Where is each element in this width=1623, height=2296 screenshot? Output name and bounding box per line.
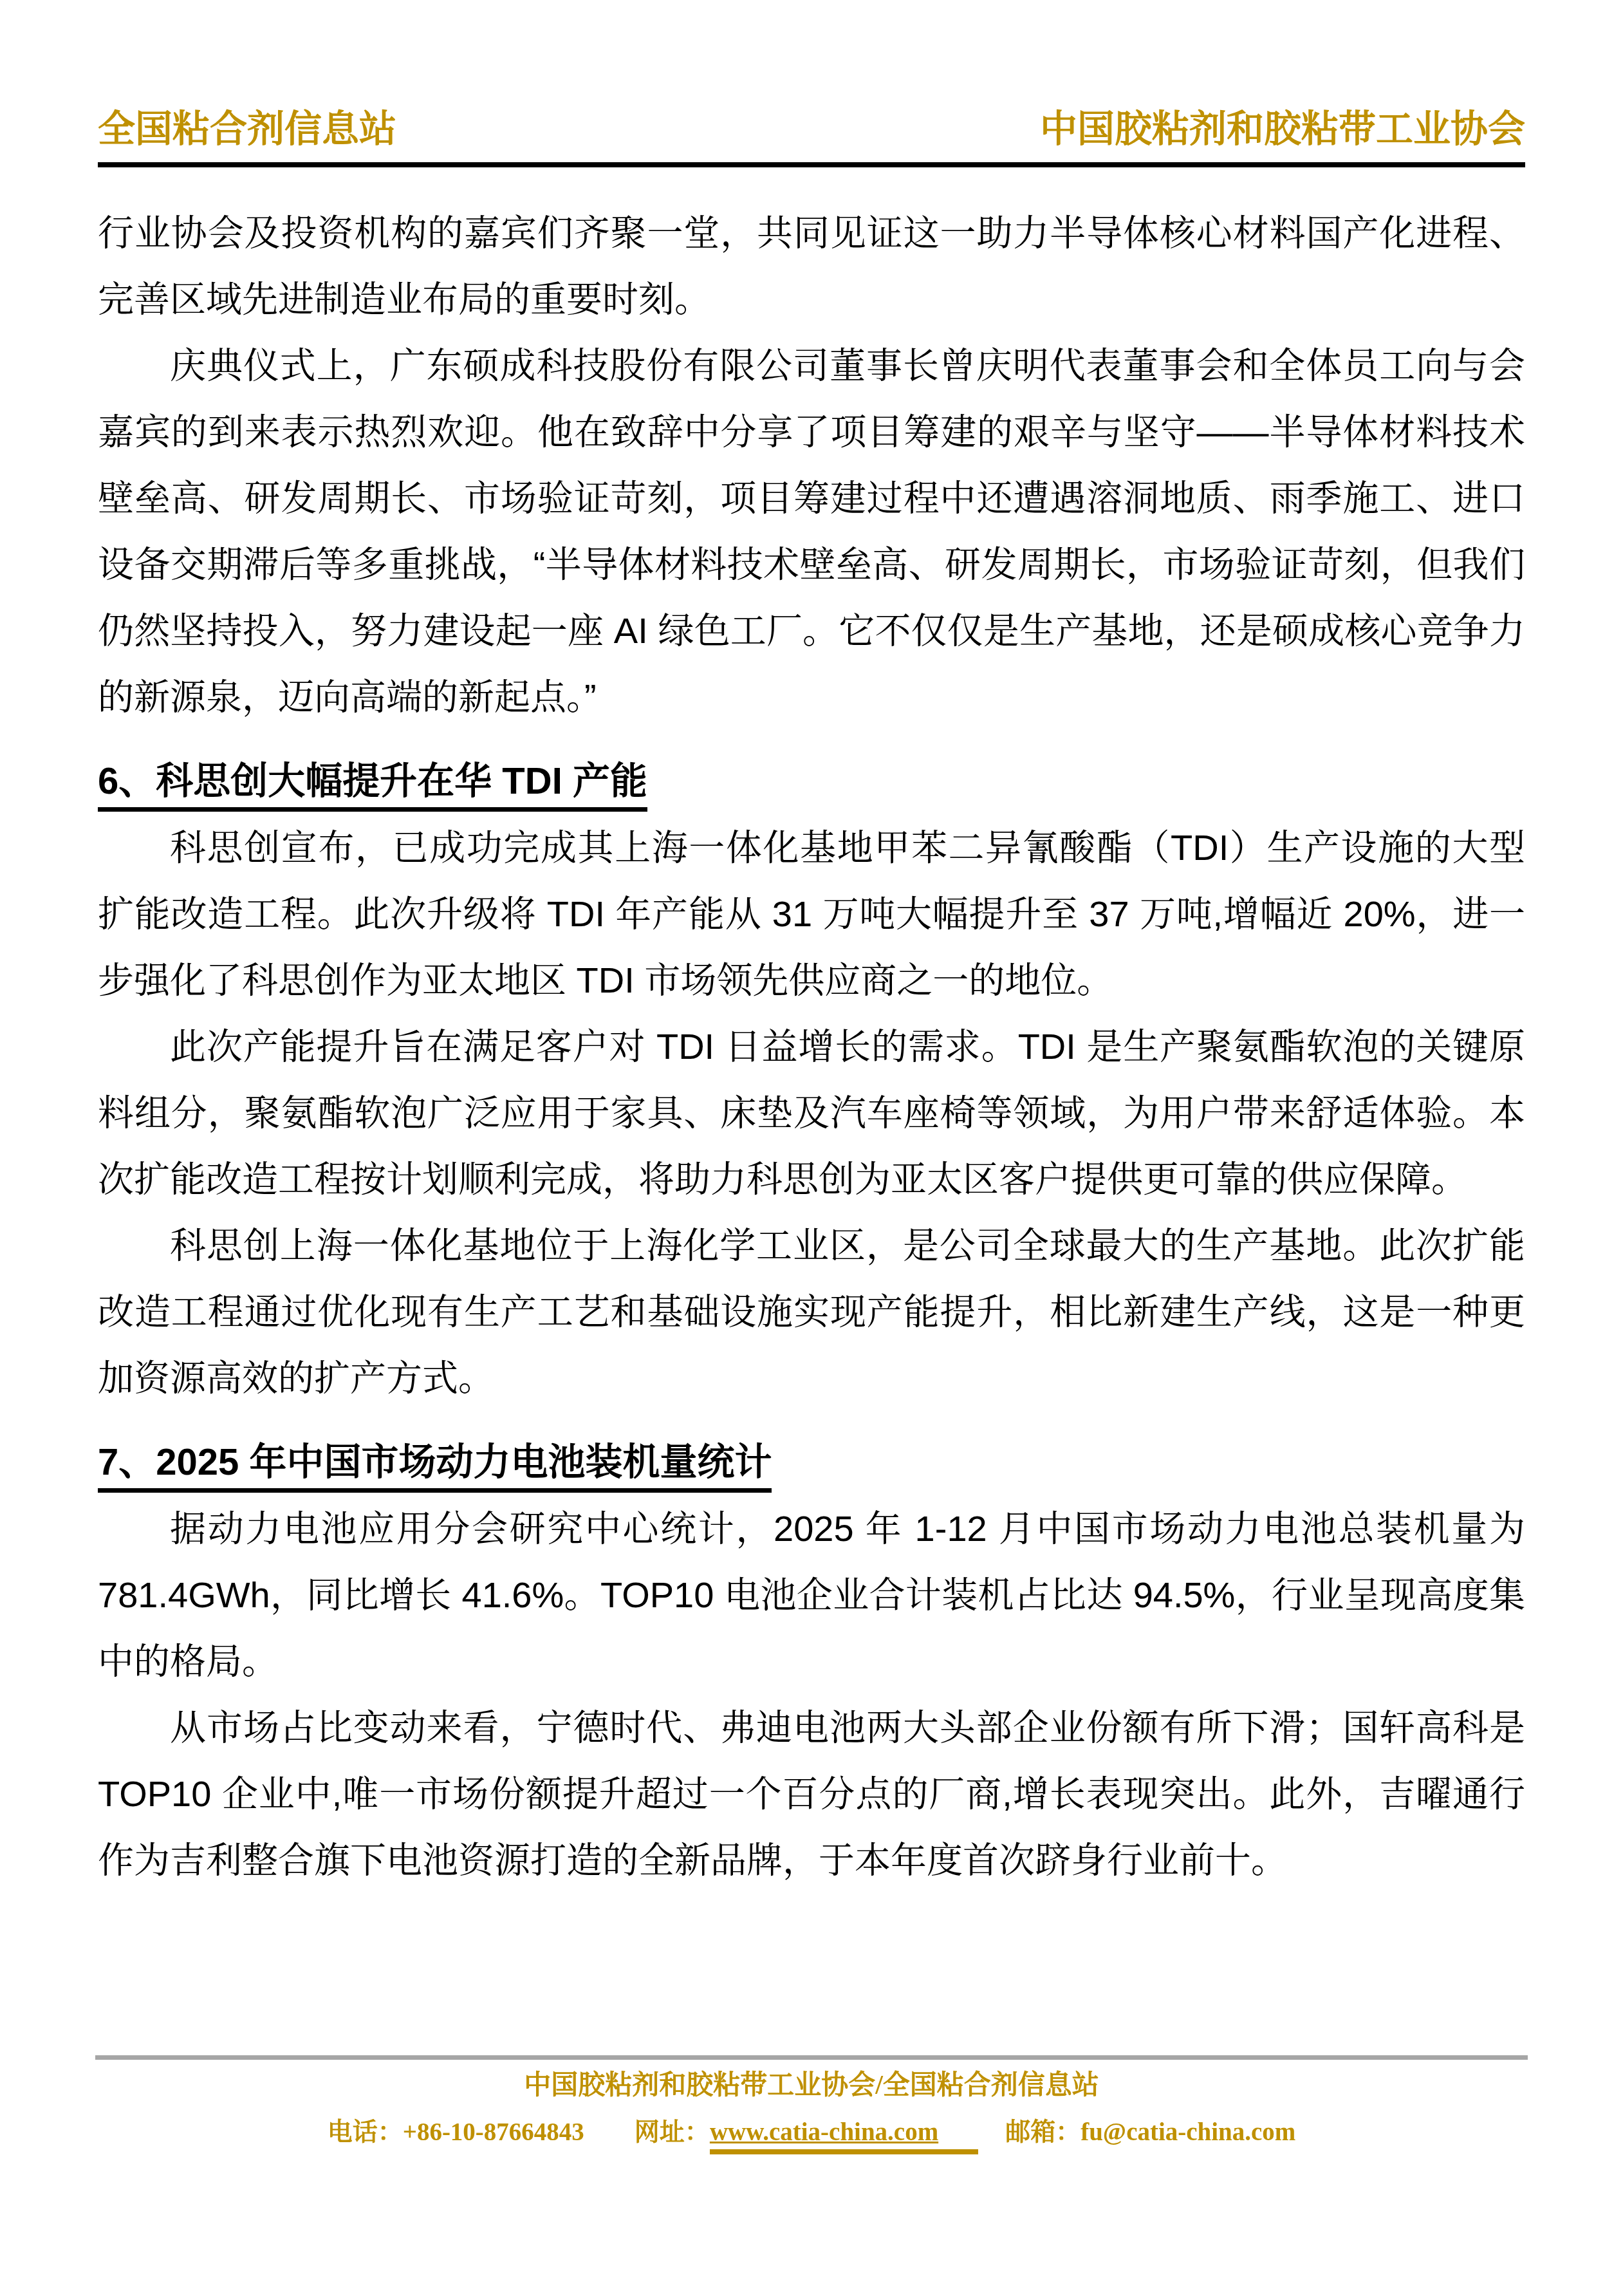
paragraph-s6-demand: 此次产能提升旨在满足客户对 TDI 日益增长的需求。TDI 是生产聚氨酯软泡的关…	[98, 1013, 1525, 1212]
paragraph-s7-statistics: 据动力电池应用分会研究中心统计，2025 年 1-12 月中国市场动力电池总装机…	[98, 1495, 1525, 1694]
footer-phone-number: +86-10-87664843	[403, 2118, 584, 2146]
page-header: 全国粘合剂信息站 中国胶粘剂和胶粘带工业协会	[98, 108, 1525, 167]
section-6-heading: 6、科思创大幅提升在华 TDI 产能	[98, 748, 1525, 814]
header-right-title: 中国胶粘剂和胶粘带工业协会	[1040, 108, 1525, 151]
paragraph-s6-base: 科思创上海一体化基地位于上海化学工业区，是公司全球最大的生产基地。此次扩能改造工…	[98, 1212, 1525, 1411]
footer-phone-label: 电话：	[328, 2118, 403, 2146]
page-footer: 中国胶粘剂和胶粘带工业协会/全国粘合剂信息站 电话：+86-10-8766484…	[95, 2055, 1528, 2147]
footer-website-label: 网址：	[635, 2118, 710, 2146]
footer-email-label: 邮箱：	[1005, 2118, 1080, 2146]
paragraph-intro-continuation: 行业协会及投资机构的嘉宾们齐聚一堂，共同见证这一助力半导体核心材料国产化进程、完…	[98, 200, 1525, 332]
document-page: 全国粘合剂信息站 中国胶粘剂和胶粘带工业协会 行业协会及投资机构的嘉宾们齐聚一堂…	[0, 0, 1623, 2296]
footer-website-link[interactable]: www.catia-china.com	[710, 2118, 978, 2154]
paragraph-s6-announcement: 科思创宣布，已成功完成其上海一体化基地甲苯二异氰酸酯（TDI）生产设施的大型扩能…	[98, 814, 1525, 1013]
footer-organization-line: 中国胶粘剂和胶粘带工业协会/全国粘合剂信息站	[95, 2070, 1528, 2101]
footer-divider	[95, 2055, 1528, 2060]
header-left-title: 全国粘合剂信息站	[98, 108, 396, 151]
footer-contact-line: 电话：+86-10-87664843网址：www.catia-china.com…	[95, 2118, 1528, 2147]
footer-email-address: fu@catia-china.com	[1080, 2118, 1295, 2146]
section-7-heading-text: 7、2025 年中国市场动力电池装机量统计	[98, 1441, 772, 1493]
section-7-heading: 7、2025 年中国市场动力电池装机量统计	[98, 1429, 1525, 1495]
paragraph-ceremony: 庆典仪式上，广东硕成科技股份有限公司董事长曾庆明代表董事会和全体员工向与会嘉宾的…	[98, 332, 1525, 730]
paragraph-s7-market-share: 从市场占比变动来看，宁德时代、弗迪电池两大头部企业份额有所下滑；国轩高科是 TO…	[98, 1694, 1525, 1893]
section-6-heading-text: 6、科思创大幅提升在华 TDI 产能	[98, 760, 647, 812]
document-body: 行业协会及投资机构的嘉宾们齐聚一堂，共同见证这一助力半导体核心材料国产化进程、完…	[98, 200, 1525, 1893]
